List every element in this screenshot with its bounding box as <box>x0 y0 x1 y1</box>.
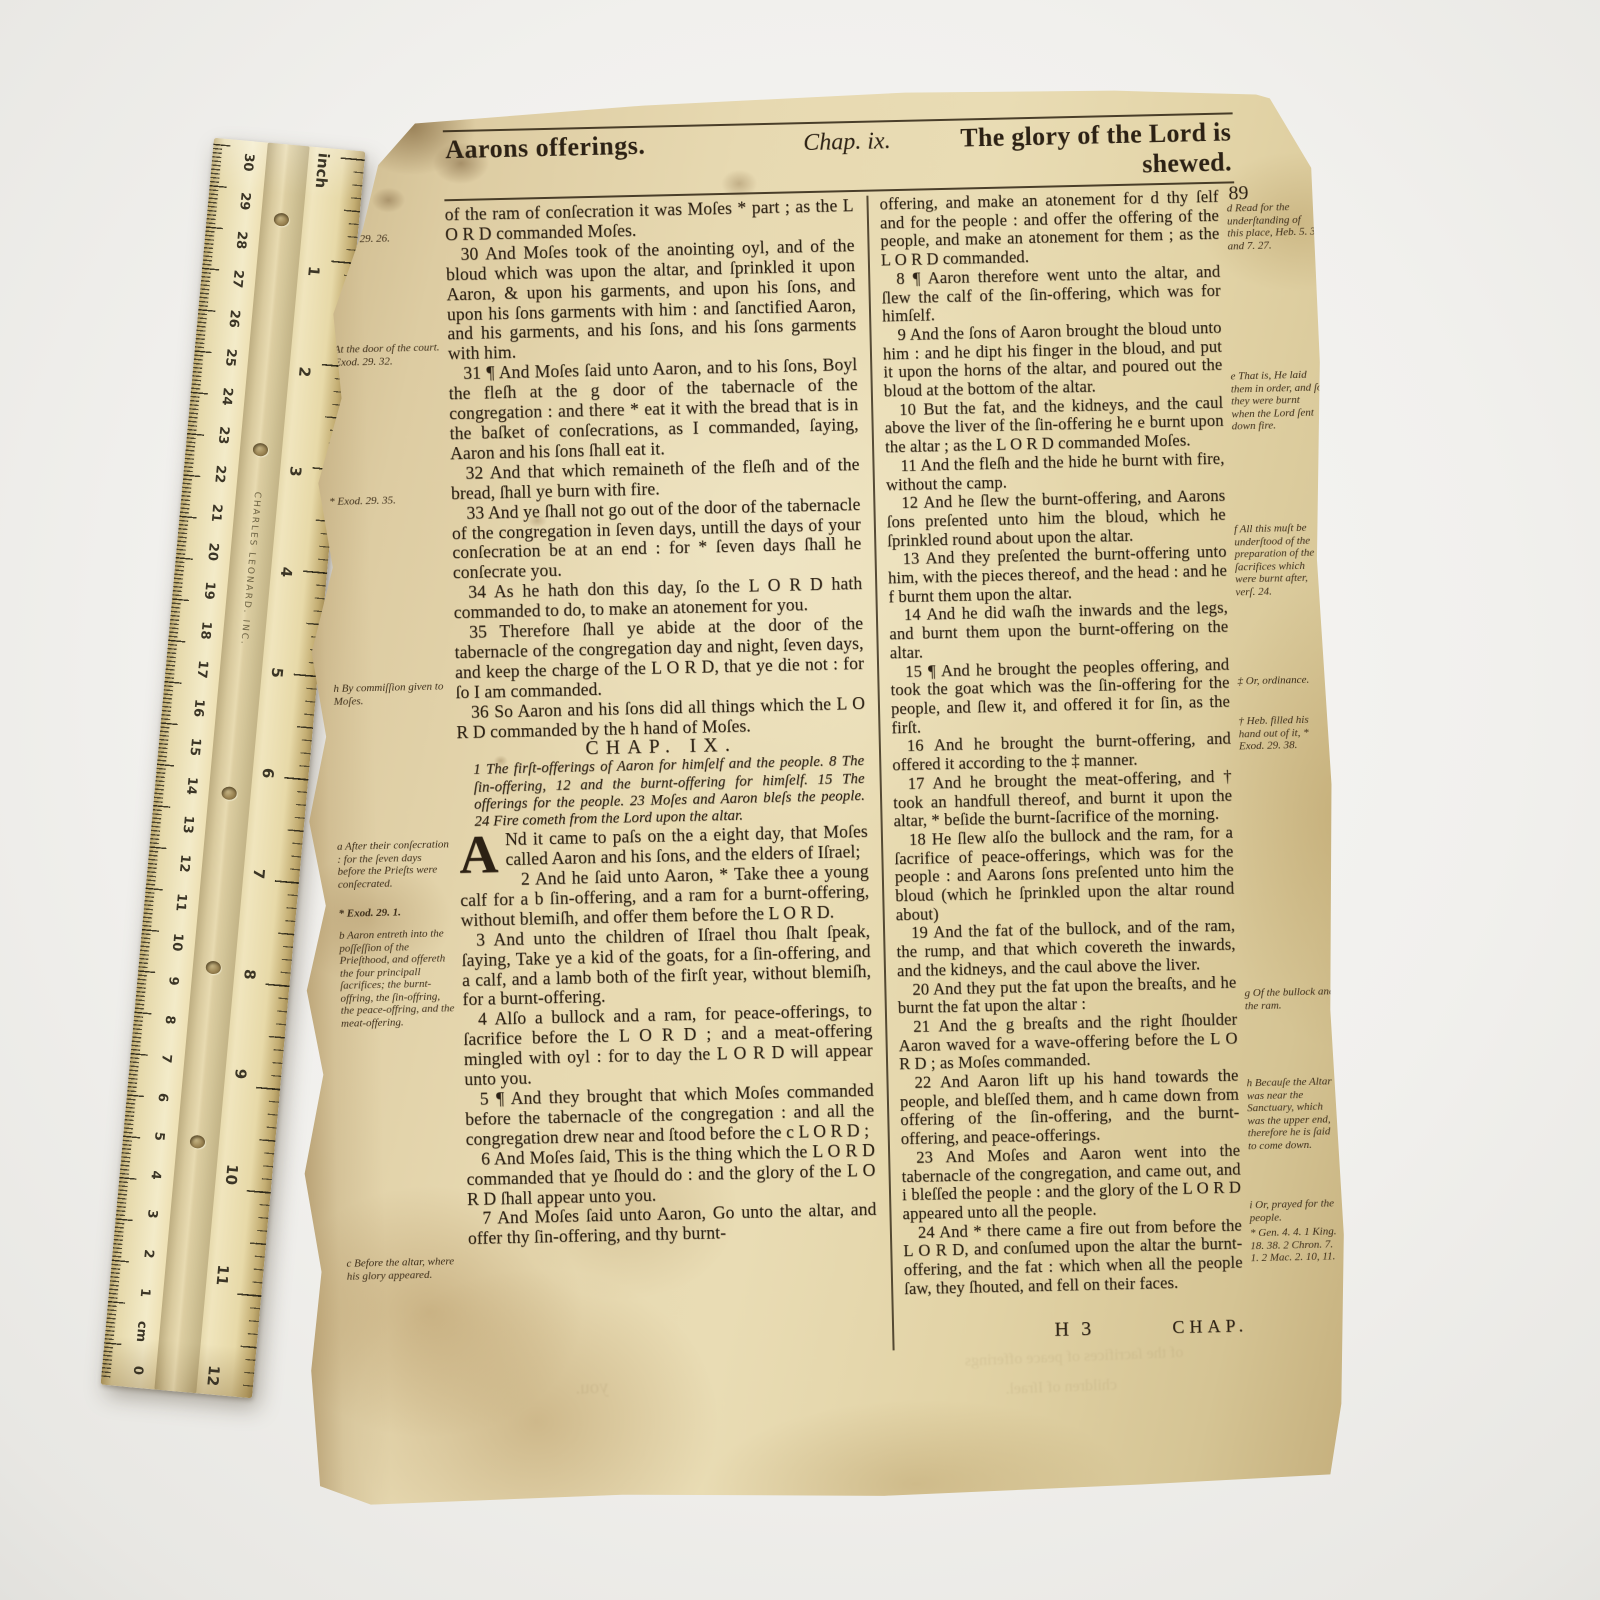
verse-paragraph: 17 And he brought the meat-offering, and… <box>893 767 1233 831</box>
margin-note: h By commiſſion given to Moſes. <box>333 680 448 708</box>
ruler-cm-number: 22 <box>211 464 228 483</box>
ruler-cm-number: 7 <box>159 1053 175 1063</box>
ruler-cm-number: 28 <box>233 231 250 250</box>
ruler-cm-number: 27 <box>229 270 246 289</box>
ruler-hole <box>205 960 221 974</box>
ruler-cm-number: 1 <box>137 1287 153 1297</box>
verse-paragraph: 35 Therefore ſhall ye abide at the door … <box>454 614 865 703</box>
ruler-cm-number: 30 <box>240 153 257 172</box>
verse-paragraph: 22 And Aaron lift up his hand towards th… <box>899 1067 1240 1149</box>
verse-paragraph: 33 And ye ſhall not go out of the door o… <box>451 495 862 584</box>
ruler-inch-number: 4 <box>277 566 296 578</box>
ruler-inch-number: 2 <box>295 365 314 377</box>
ruler-cm-number: 21 <box>208 503 225 522</box>
verse-paragraph: 12 And he ſlew the burnt-offering, and A… <box>886 487 1226 551</box>
verse-paragraph: 31 ¶ And Moſes ſaid unto Aaron, and to h… <box>448 355 859 464</box>
verse-paragraph: 23 And Moſes and Aaron went into the tab… <box>901 1141 1242 1223</box>
verse-paragraph: 30 And Moſes took of the anointing oyl, … <box>445 236 857 365</box>
ruler-cm-number: cm <box>133 1320 150 1343</box>
verse-paragraph: 9 And the ſons of Aaron brought the blou… <box>882 319 1223 401</box>
margin-note: h Becauſe the Altar was near the Sanctua… <box>1246 1075 1340 1152</box>
ruler-cm-number: 9 <box>166 975 182 985</box>
ruler-cm-number: 24 <box>218 386 235 405</box>
verse-paragraph: 18 He ſlew alſo the bullock and the ram,… <box>894 823 1235 924</box>
ruler-cm-number: 12 <box>176 854 193 873</box>
ruler-cm-number: 4 <box>148 1170 164 1180</box>
ruler-cm-number: 13 <box>179 815 196 834</box>
text-block: * Exod. 29. 26. g At the door of the cou… <box>319 185 1345 1363</box>
ruler-inch-number: 10 <box>221 1164 241 1186</box>
show-through-text: you. <box>575 1377 609 1400</box>
photo-of-antique-bible-leaf: { "ruler": { "brand": "CHARLES LEONARD. … <box>0 0 1600 1600</box>
verse-paragraph: 4 Alſo a bullock and a ram, for peace-of… <box>463 1001 874 1090</box>
catchword: CHAP. <box>1172 1317 1248 1337</box>
verse-paragraph: 14 And he did waſh the inwards and the l… <box>889 599 1229 663</box>
ruler-brand-text: CHARLES LEONARD. INC. <box>238 491 262 646</box>
verse-paragraph: 7 And Moſes ſaid unto Aaron, Go unto the… <box>467 1200 877 1249</box>
margin-note: * Gen. 4. 4. 1 King. 18. 38. 2 Chron. 7.… <box>1250 1225 1343 1265</box>
header-right-title: The glory of the Lord is shewed. <box>900 117 1232 184</box>
page-number: 89 <box>1228 187 1248 200</box>
margin-note: g At the door of the court. * Exod. 29. … <box>326 341 441 369</box>
verse-paragraph: 19 And the fat of the bullock, and of th… <box>896 917 1236 981</box>
verse-paragraph: 3 And unto the children of Iſrael thou ſ… <box>461 922 872 1011</box>
margin-note: f All this muſt be underſtood of the pre… <box>1234 521 1328 598</box>
ruler-cm-number: 11 <box>172 893 189 912</box>
ruler-cm-number: 15 <box>186 737 203 756</box>
ruler-hole <box>273 212 289 226</box>
margin-note: g Of the bullock and the ram. <box>1244 985 1337 1012</box>
antique-bible-page: Aarons offerings. Chap. ix. The glory of… <box>276 80 1356 1511</box>
verse-paragraph: 21 And the g breaſts and the right ſhoul… <box>898 1010 1238 1074</box>
verse-paragraph: 5 ¶ And they brought that which Moſes co… <box>465 1081 875 1150</box>
ruler-cm-number: 26 <box>225 309 242 328</box>
page-footer: H 3 CHAP. <box>905 1317 1245 1351</box>
ruler-cm-number: 17 <box>194 659 211 678</box>
chapter-summary: 1 The firſt-offerings of Aaron for himſe… <box>457 753 867 831</box>
ruler-inch-number: 3 <box>286 466 305 478</box>
header-chapter: Chap. ix. <box>803 128 891 157</box>
verse-paragraph: 13 And they preſented the burnt-offering… <box>887 543 1227 607</box>
ruler-cm-number: 16 <box>190 698 207 717</box>
margin-note: e That is, He laid them in order, and ſo… <box>1230 368 1323 433</box>
margin-note: † Heb. filled his hand out of it, * Exod… <box>1238 713 1331 753</box>
ruler-cm-number: 20 <box>204 542 221 561</box>
ruler-hole <box>252 443 268 457</box>
ruler-inch-number: 11 <box>212 1264 232 1286</box>
ruler-cm-number: 2 <box>141 1248 157 1258</box>
margin-note: ‡ Or, ordinance. <box>1237 673 1329 688</box>
ruler-hole <box>221 786 237 800</box>
verse-paragraph: 15 ¶ And he brought the peoples offering… <box>890 655 1231 737</box>
margin-note: a After their conſecration : for the ſev… <box>337 838 452 891</box>
margin-note: * Exod. 29. 35. <box>329 493 443 508</box>
ruler-inch-number: 6 <box>258 767 277 779</box>
ruler-cm-number: 6 <box>155 1092 171 1102</box>
margin-note: d Read for the underſtanding of this pla… <box>1227 200 1320 252</box>
ruler-cm-number: 0 <box>130 1365 146 1375</box>
ruler-inch-number: 9 <box>231 1068 250 1080</box>
ruler-cm-number: 29 <box>236 192 253 211</box>
verse-paragraph: 10 But the fat, and the kidneys, and the… <box>884 393 1224 457</box>
ruler-inch-number: 8 <box>240 968 259 980</box>
ruler-cm-number: 18 <box>197 620 214 639</box>
ruler-inch-number: 1 <box>304 265 323 277</box>
ruler-cm-number: 10 <box>169 932 186 951</box>
margin-note: c Before the altar, where his glory appe… <box>346 1255 461 1283</box>
ruler-cm-number: 14 <box>183 776 200 795</box>
header-left-title: Aarons offerings. <box>445 131 646 166</box>
ruler-cm-number: 8 <box>162 1014 178 1024</box>
verse-paragraph: 8 ¶ Aaron therefore went unto the altar,… <box>881 263 1221 327</box>
ruler-inch-number: inch <box>312 152 333 189</box>
ruler-hole <box>189 1135 205 1149</box>
ruler-cm-number: 3 <box>144 1209 160 1219</box>
ruler-inch-number: 12 <box>203 1364 223 1386</box>
show-through-text: children of Iſrael. <box>1005 1376 1117 1398</box>
verse-paragraph: offering, and make an atonement for d th… <box>879 188 1220 270</box>
page-content: Aarons offerings. Chap. ix. The glory of… <box>317 110 1345 1363</box>
verse-paragraph: 24 And * there came a fire out from befo… <box>903 1216 1244 1298</box>
running-header: Aarons offerings. Chap. ix. The glory of… <box>443 112 1234 201</box>
verse-paragraph: 2 And he ſaid unto Aaron, * Take thee a … <box>460 862 870 931</box>
ruler-inch-number: 7 <box>249 868 268 880</box>
ruler-cm-number: 25 <box>222 347 239 366</box>
ruler-cm-number: 5 <box>151 1131 167 1141</box>
verse-paragraph: 6 And Moſes ſaid, This is the thing whic… <box>466 1140 876 1209</box>
ruler-cm-number: 23 <box>215 425 232 444</box>
margin-note: i Or, prayed for the people. <box>1249 1197 1342 1224</box>
right-text-column: offering, and make an atonement for d th… <box>868 188 1246 1351</box>
ruler-cm-number: 19 <box>201 581 218 600</box>
margin-note: b Aaron entreth into the poſſeſſion of t… <box>339 927 455 1030</box>
margin-note: * Exod. 29. 1. <box>338 905 452 920</box>
left-text-column: of the ram of conſecration it was Moſes … <box>441 196 895 1361</box>
ruler-inch-number: 5 <box>267 667 286 679</box>
